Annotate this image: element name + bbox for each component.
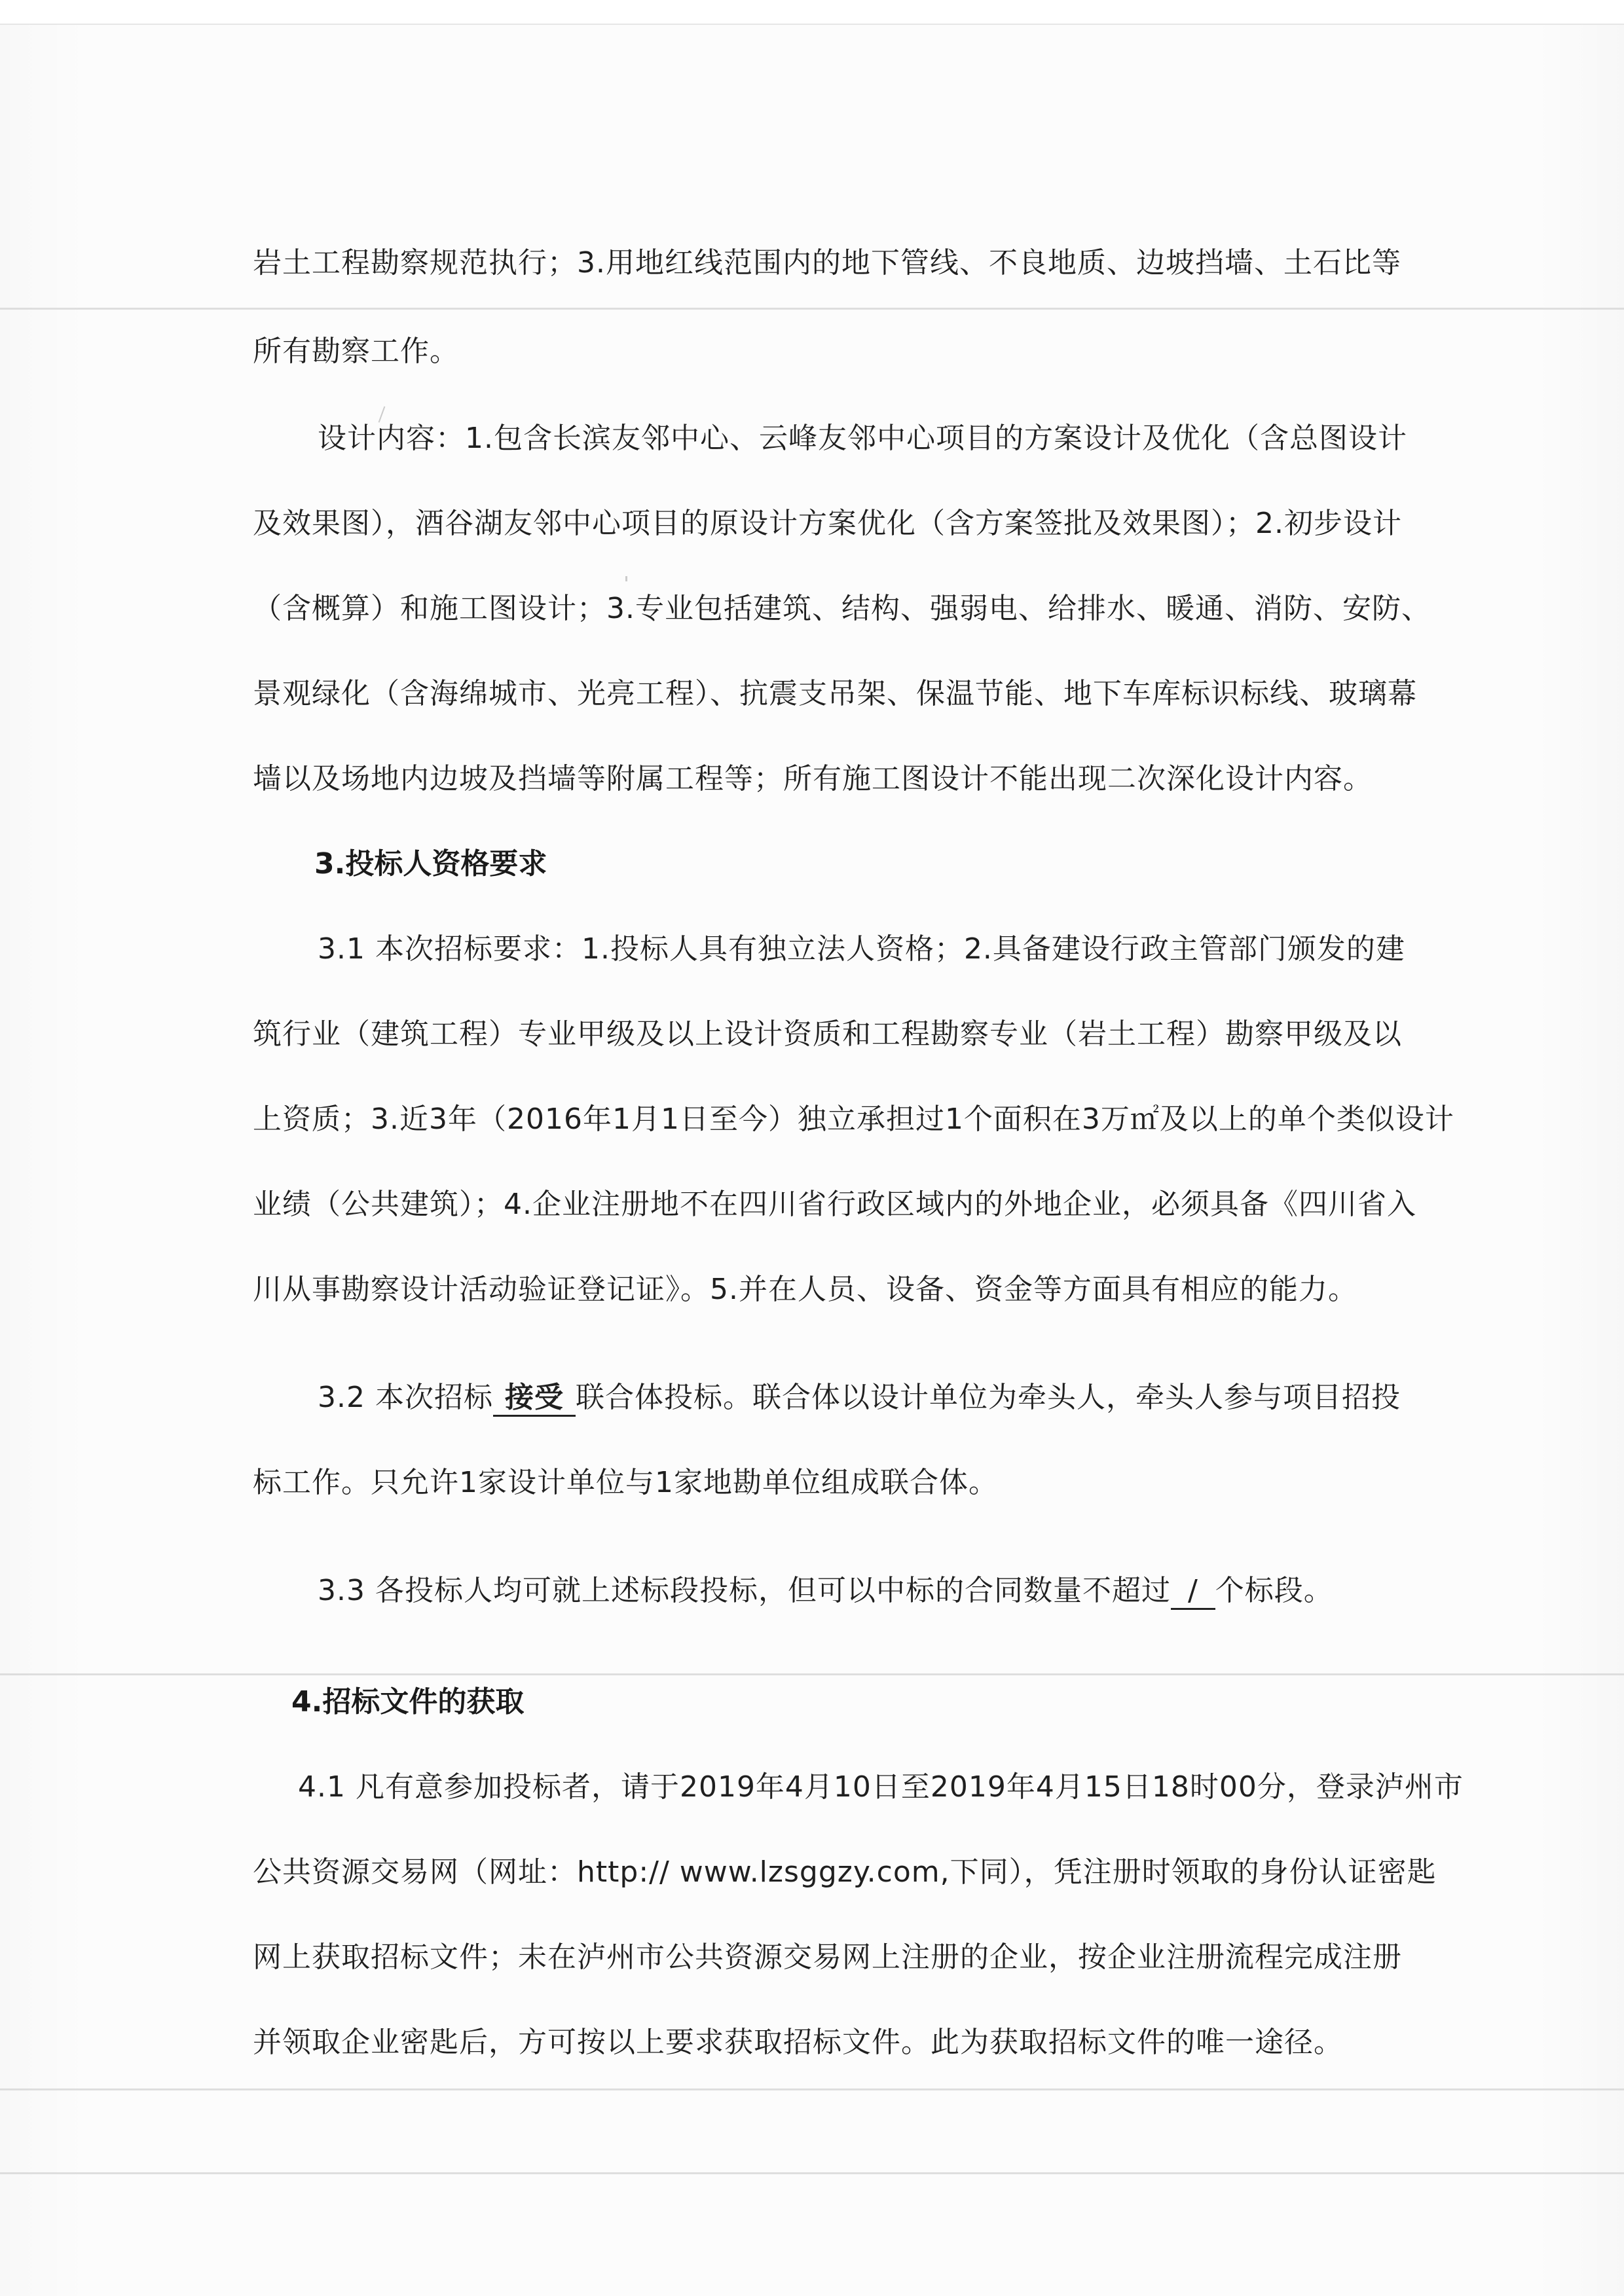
clause-3-2-suffix: 联合体投标。联合体以设计单位为牵头人，牵头人参与项目招投 xyxy=(576,1381,1401,1414)
scan-line-artifact xyxy=(0,2088,1624,2090)
clause-3-1-line: 川从事勘察设计活动验证登记证》。5.并在人员、设备、资金等方面具有相应的能力。 xyxy=(253,1270,1357,1309)
scan-line-artifact xyxy=(0,2172,1624,2174)
clause-4-1-line: 并领取企业密匙后，方可按以上要求获取招标文件。此为获取招标文件的唯一途径。 xyxy=(253,2023,1343,2062)
clause-3-1-line: 业绩（公共建筑）；4.企业注册地不在四川省行政区域内的外地企业，必须具备《四川省… xyxy=(253,1185,1416,1224)
clause-4-1-line: 公共资源交易网（网址：http:// www.lzsggzy.com,下同），凭… xyxy=(253,1853,1437,1892)
section-3-heading: 3.投标人资格要求 xyxy=(314,845,547,884)
design-content-line: （含概算）和施工图设计；3.专业包括建筑、结构、强弱电、给排水、暖通、消防、安防… xyxy=(253,589,1431,629)
clause-3-1-line: 上资质；3.近3年（2016年1月1日至今）独立承担过1个面积在3万㎡及以上的单… xyxy=(253,1100,1454,1139)
scanned-page: 岩土工程勘察规范执行；3.用地红线范围内的地下管线、不良地质、边坡挡墙、土石比等… xyxy=(0,0,1624,2296)
max-lots-value: / xyxy=(1171,1574,1215,1610)
scan-top-edge xyxy=(0,0,1624,25)
design-content-line: 景观绿化（含海绵城市、光亮工程）、抗震支吊架、保温节能、地下车库标识标线、玻璃幕 xyxy=(253,674,1417,714)
design-content-line: 墙以及场地内边坡及挡墙等附属工程等；所有施工图设计不能出现二次深化设计内容。 xyxy=(253,759,1373,799)
clause-3-2-line: 3.2 本次招标接受联合体投标。联合体以设计单位为牵头人，牵头人参与项目招投 xyxy=(318,1378,1401,1417)
clause-3-2-line: 标工作。只允许1家设计单位与1家地勘单位组成联合体。 xyxy=(253,1463,998,1503)
paragraph-line: 岩土工程勘察规范执行；3.用地红线范围内的地下管线、不良地质、边坡挡墙、土石比等 xyxy=(253,244,1401,283)
scan-line-artifact xyxy=(0,308,1624,310)
section-4-heading: 4.招标文件的获取 xyxy=(291,1683,524,1722)
clause-3-3-prefix: 3.3 各投标人均可就上述标段投标，但可以中标的合同数量不超过 xyxy=(318,1574,1171,1607)
clause-3-1-line: 3.1 本次招标要求：1.投标人具有独立法人资格；2.具备建设行政主管部门颁发的… xyxy=(318,930,1405,969)
clause-3-3-line: 3.3 各投标人均可就上述标段投标，但可以中标的合同数量不超过/个标段。 xyxy=(318,1571,1333,1611)
clause-3-3-suffix: 个标段。 xyxy=(1215,1574,1333,1607)
clause-4-1-line: 4.1 凡有意参加投标者，请于2019年4月10日至2019年4月15日18时0… xyxy=(298,1768,1464,1807)
design-content-line: 及效果图），酒谷湖友邻中心项目的原设计方案优化（含方案签批及效果图）；2.初步设… xyxy=(253,504,1402,543)
clause-3-1-line: 筑行业（建筑工程）专业甲级及以上设计资质和工程勘察专业（岩土工程）勘察甲级及以 xyxy=(253,1015,1402,1054)
paragraph-line: 所有勘察工作。 xyxy=(253,332,459,371)
clause-4-1-line: 网上获取招标文件；未在泸州市公共资源交易网上注册的企业，按企业注册流程完成注册 xyxy=(253,1938,1402,1977)
clause-3-2-prefix: 3.2 本次招标 xyxy=(318,1381,493,1414)
design-content-line: 设计内容：1.包含长滨友邻中心、云峰友邻中心项目的方案设计及优化（含总图设计 xyxy=(318,419,1407,458)
scan-speck xyxy=(625,576,627,581)
scan-line-artifact xyxy=(0,1673,1624,1675)
joint-bid-accepted-value: 接受 xyxy=(493,1381,576,1417)
